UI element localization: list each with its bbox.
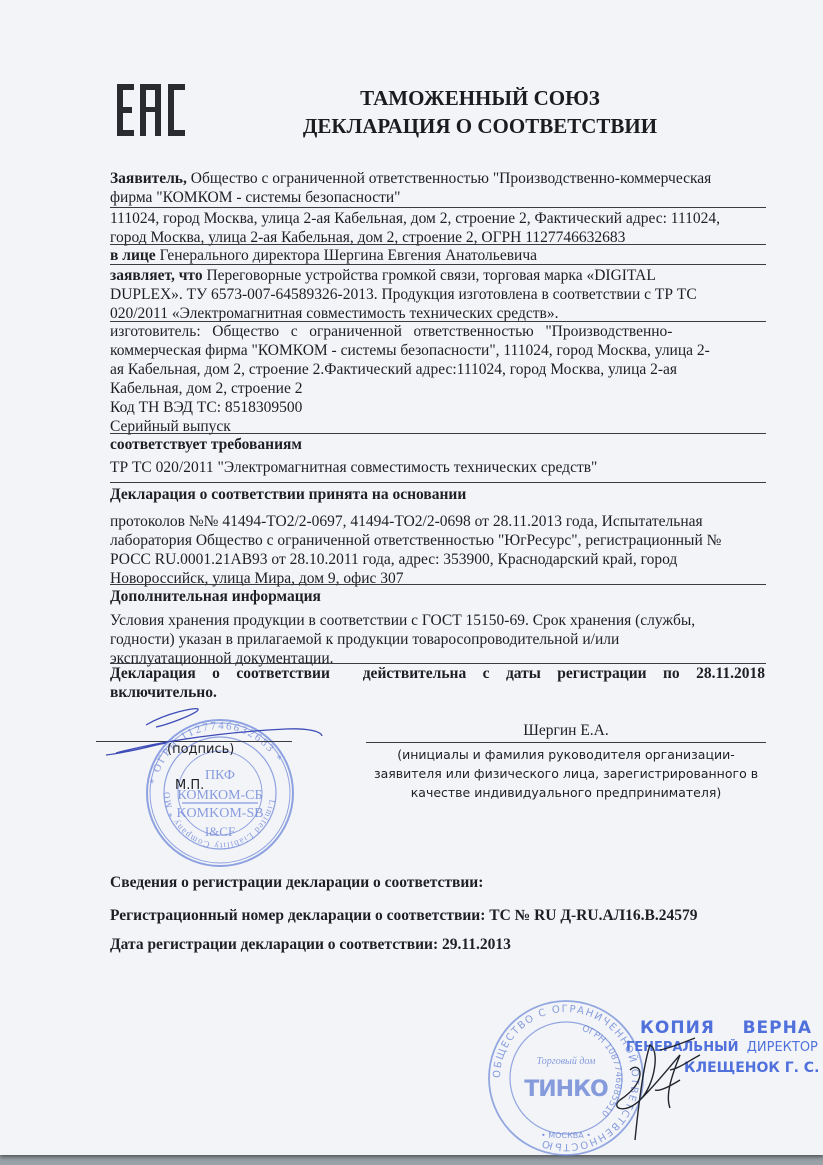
requirements-section: соответствует требованиям ТР ТС 020/2011… xyxy=(110,435,765,477)
divider xyxy=(110,433,766,434)
signature-caption: (подпись) xyxy=(167,742,234,757)
declares-section: заявляет, что Переговорные устройства гр… xyxy=(110,266,765,323)
manufacturer-line1: изготовитель: Общество с ограниченной от… xyxy=(110,322,765,341)
registration-number: Регистрационный номер декларации о соотв… xyxy=(110,906,765,925)
manufacturer-section: изготовитель: Общество с ограниченной от… xyxy=(110,322,765,436)
validity-line2: включительно. xyxy=(110,683,765,702)
declares-line2: DUPLEX». ТУ 6573-007-64589326-2013. Прод… xyxy=(110,285,765,304)
name-caption-line3: качестве индивидуального предпринимателя… xyxy=(366,783,766,802)
registration-date-value: 29.11.2013 xyxy=(442,936,511,953)
additional-line1: Условия хранения продукции в соответстви… xyxy=(110,611,765,630)
declares-label: заявляет, что xyxy=(110,267,203,284)
eac-logo-icon xyxy=(117,84,185,136)
divider xyxy=(110,244,766,245)
manufacturer-line2: коммерческая фирма "КОМКОМ - системы без… xyxy=(110,341,765,360)
registration-date: Дата регистрации декларации о соответств… xyxy=(110,935,765,954)
declaration-page: ТАМОЖЕННЫЙ СОЮЗ ДЕКЛАРАЦИЯ О СООТВЕТСТВИ… xyxy=(0,0,823,1155)
requirements-heading: соответствует требованиям xyxy=(110,435,765,454)
title-line-2: ДЕКЛАРАЦИЯ О СООТВЕТСТВИИ xyxy=(270,112,690,140)
svg-text:• МОСКВА •: • МОСКВА • xyxy=(541,1131,591,1140)
svg-text:KOMKOM-SB: KOMKOM-SB xyxy=(176,806,263,821)
applicant-address-line1: 111024, город Москва, улица 2-ая Кабельн… xyxy=(110,209,765,228)
svg-text:I&CF: I&CF xyxy=(205,824,235,839)
represented-label: в лице xyxy=(110,247,156,264)
hs-code: Код ТН ВЭД ТС: 8518309500 xyxy=(110,398,765,417)
represented-name: Генерального директора Шергина Евгения А… xyxy=(160,247,537,264)
basis-section: Декларация о соответствии принята на осн… xyxy=(110,485,765,588)
signer-name: Шергин Е.А. xyxy=(366,722,766,740)
svg-text:ПКФ: ПКФ xyxy=(205,768,235,783)
name-caption: (инициалы и фамилия руководителя организ… xyxy=(366,745,766,802)
applicant-label: Заявитель, xyxy=(110,170,187,187)
registration-date-label: Дата регистрации декларации о соответств… xyxy=(110,936,438,953)
divider xyxy=(110,207,766,208)
declares-line1: Переговорные устройства громкой связи, т… xyxy=(206,267,655,284)
title-line-1: ТАМОЖЕННЫЙ СОЮЗ xyxy=(270,84,690,112)
manufacturer-line4: Кабельная, дом 2, строение 2 xyxy=(110,379,765,398)
name-line xyxy=(366,742,766,743)
validity-section: Декларация о соответствии действительна … xyxy=(110,664,765,702)
name-caption-line2: заявителя или физического лица, зарегист… xyxy=(366,764,766,783)
represented-by: в лице Генерального директора Шергина Ев… xyxy=(110,246,765,265)
applicant-address: 111024, город Москва, улица 2-ая Кабельн… xyxy=(110,209,765,247)
requirements-text: ТР ТС 020/2011 "Электромагнитная совмест… xyxy=(110,458,765,477)
svg-text:ТИНКО: ТИНКО xyxy=(524,1077,608,1102)
director-signature xyxy=(600,1030,710,1150)
basis-line4: Новороссийск, улица Мира, дом 9, офис 30… xyxy=(110,569,765,588)
basis-line3: РОСС RU.0001.21АВ93 от 28.10.2011 года, … xyxy=(110,550,765,569)
document-title: ТАМОЖЕННЫЙ СОЮЗ ДЕКЛАРАЦИЯ О СООТВЕТСТВИ… xyxy=(270,84,690,140)
additional-section: Дополнительная информация Условия хранен… xyxy=(110,587,765,668)
divider xyxy=(110,264,766,265)
name-caption-line1: (инициалы и фамилия руководителя организ… xyxy=(366,745,766,764)
seal-caption: М.П. xyxy=(175,778,204,793)
svg-text:Торговый дом: Торговый дом xyxy=(537,1056,596,1067)
basis-line2: лаборатория Общество с ограниченной отве… xyxy=(110,531,765,550)
additional-line2: годности) указан в прилагаемой к продукц… xyxy=(110,630,765,649)
validity-line1: Декларация о соответствии действительна … xyxy=(110,664,765,683)
basis-heading: Декларация о соответствии принята на осн… xyxy=(110,485,765,504)
basis-line1: протоколов №№ 41494-ТО2/2-0697, 41494-ТО… xyxy=(110,512,765,531)
divider xyxy=(110,482,766,483)
divider xyxy=(110,584,766,585)
applicant-name-line2: фирма "КОМКОМ - системы безопасности" xyxy=(110,188,765,207)
registration-heading: Сведения о регистрации декларации о соот… xyxy=(110,873,765,892)
manufacturer-line3: ая Кабельная, дом 2, строение 2.Фактичес… xyxy=(110,360,765,379)
applicant-name-line1: Общество с ограниченной ответственностью… xyxy=(191,170,712,187)
registration-number-value: ТС № RU Д-RU.АЛ16.В.24579 xyxy=(489,907,697,924)
additional-heading: Дополнительная информация xyxy=(110,587,765,606)
eac-logo xyxy=(117,84,185,136)
applicant-section: Заявитель, Общество с ограниченной ответ… xyxy=(110,169,765,207)
registration-number-label: Регистрационный номер декларации о соотв… xyxy=(110,907,485,924)
